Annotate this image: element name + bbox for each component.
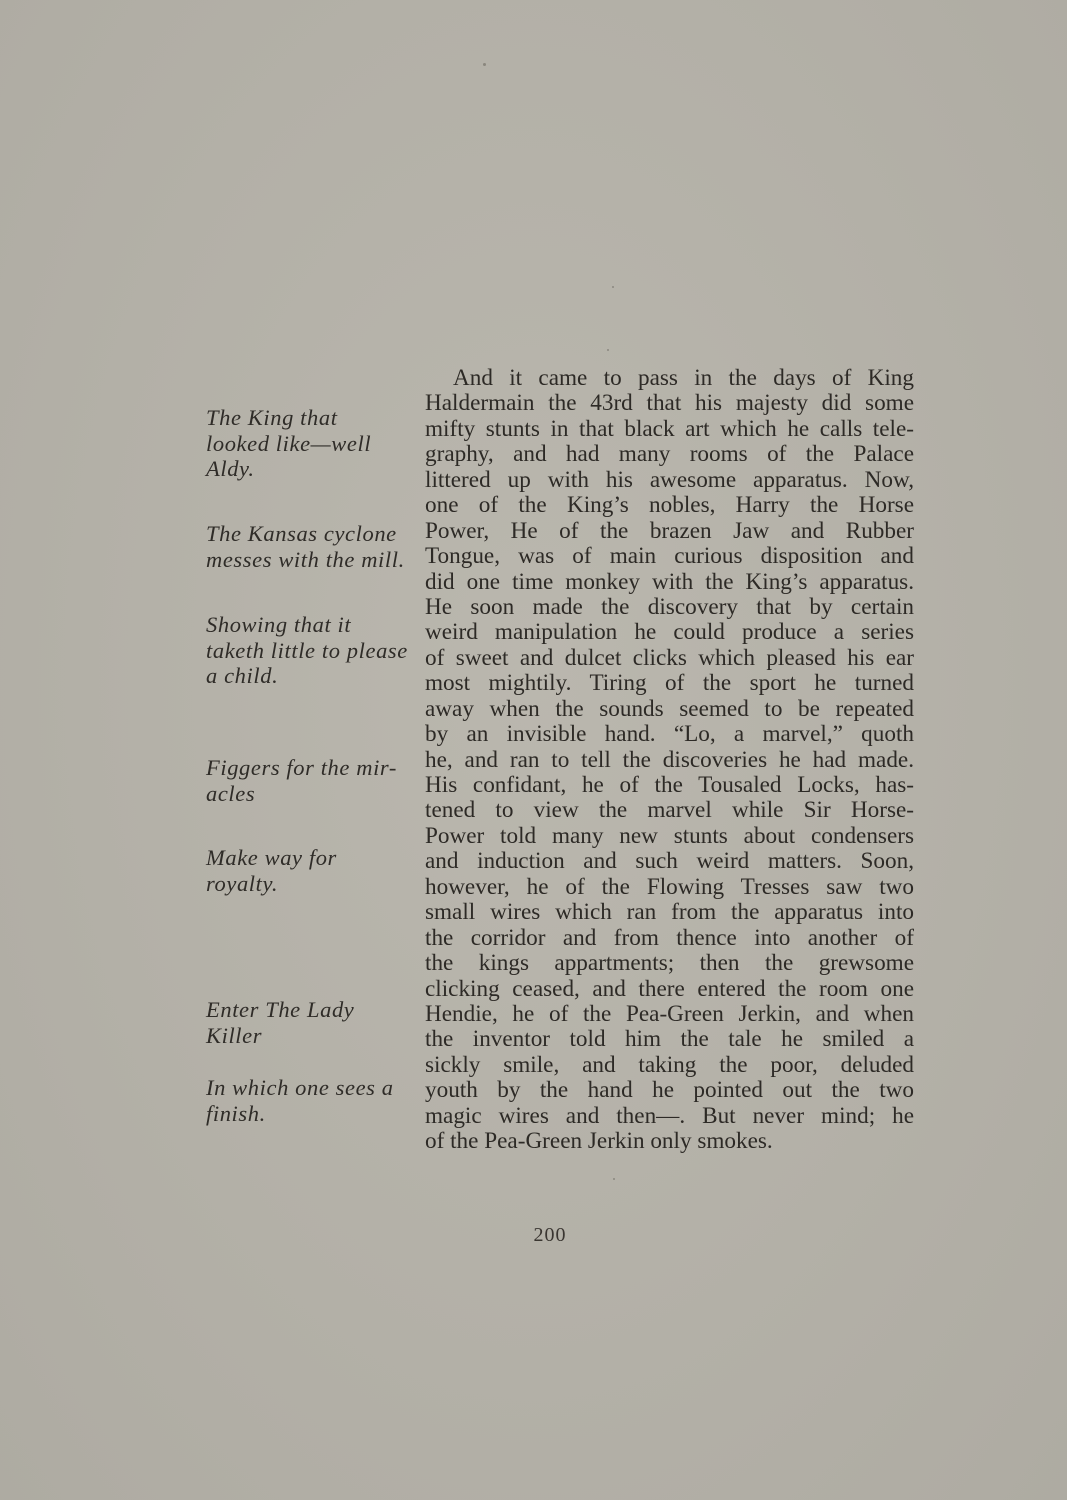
text-line: youth by the hand he pointed out the two [425,1078,914,1103]
book-page: The King that looked like—well Aldy. The… [0,0,1067,1500]
text-line: magic wires and then—. But never mind; h… [425,1104,914,1129]
margin-note: Figgers for the mir- acles [206,755,416,806]
text-line: one of the King’s nobles, Harry the Hors… [425,493,914,518]
text-line: however, he of the Flowing Tresses saw t… [425,875,914,900]
text-line: weird manipulation he could produce a se… [425,620,914,645]
text-line: and induction and such weird matters. So… [425,849,914,874]
text-line: away when the sounds seemed to be repeat… [425,697,914,722]
text-line: Power told many new stunts about condens… [425,824,914,849]
text-line: by an invisible hand. “Lo, a marvel,” qu… [425,722,914,747]
text-line: And it came to pass in the days of King [425,366,914,391]
text-line: tened to view the marvel while Sir Horse… [425,798,914,823]
text-line: of the Pea-Green Jerkin only smokes. [425,1129,914,1154]
text-line: Hendie, he of the Pea-Green Jerkin, and … [425,1002,914,1027]
margin-note: Showing that it taketh little to please … [206,612,416,689]
text-line: the kings appartments; then the grewsome [425,951,914,976]
text-line: did one time monkey with the King’s appa… [425,570,914,595]
margin-note: Make way for royalty. [206,845,416,896]
text-line: most mightily. Tiring of the sport he tu… [425,671,914,696]
text-line: His confidant, he of the Tousaled Locks,… [425,773,914,798]
body-paragraph: And it came to pass in the days of King … [425,366,914,1155]
paper-speck [612,286,614,288]
text-line: Haldermain the 43rd that his majesty did… [425,391,914,416]
margin-note: Enter The Lady Killer [206,997,416,1048]
text-line: littered up with his awesome apparatus. … [425,468,914,493]
text-line: he, and ran to tell the discoveries he h… [425,748,914,773]
text-line: mifty stunts in that black art which he … [425,417,914,442]
text-line: sickly smile, and taking the poor, delud… [425,1053,914,1078]
text-line: graphy, and had many rooms of the Palace [425,442,914,467]
text-line: of sweet and dulcet clicks which pleased… [425,646,914,671]
text-line: clicking ceased, and there entered the r… [425,977,914,1002]
margin-note: The King that looked like—well Aldy. [206,405,416,482]
text-line: small wires which ran from the apparatus… [425,900,914,925]
paper-speck [483,63,486,66]
text-line: the corridor and from thence into anothe… [425,926,914,951]
margin-note: In which one sees a finish. [206,1075,416,1126]
paper-speck [607,349,609,351]
margin-note: The Kansas cyclone messes with the mill. [206,521,416,572]
text-line: the inventor told him the tale he smiled… [425,1027,914,1052]
paper-speck [613,1178,615,1180]
text-line: He soon made the discovery that by certa… [425,595,914,620]
page-number: 200 [500,1224,600,1247]
text-line: Power, He of the brazen Jaw and Rubber [425,519,914,544]
text-line: Tongue, was of main curious disposition … [425,544,914,569]
